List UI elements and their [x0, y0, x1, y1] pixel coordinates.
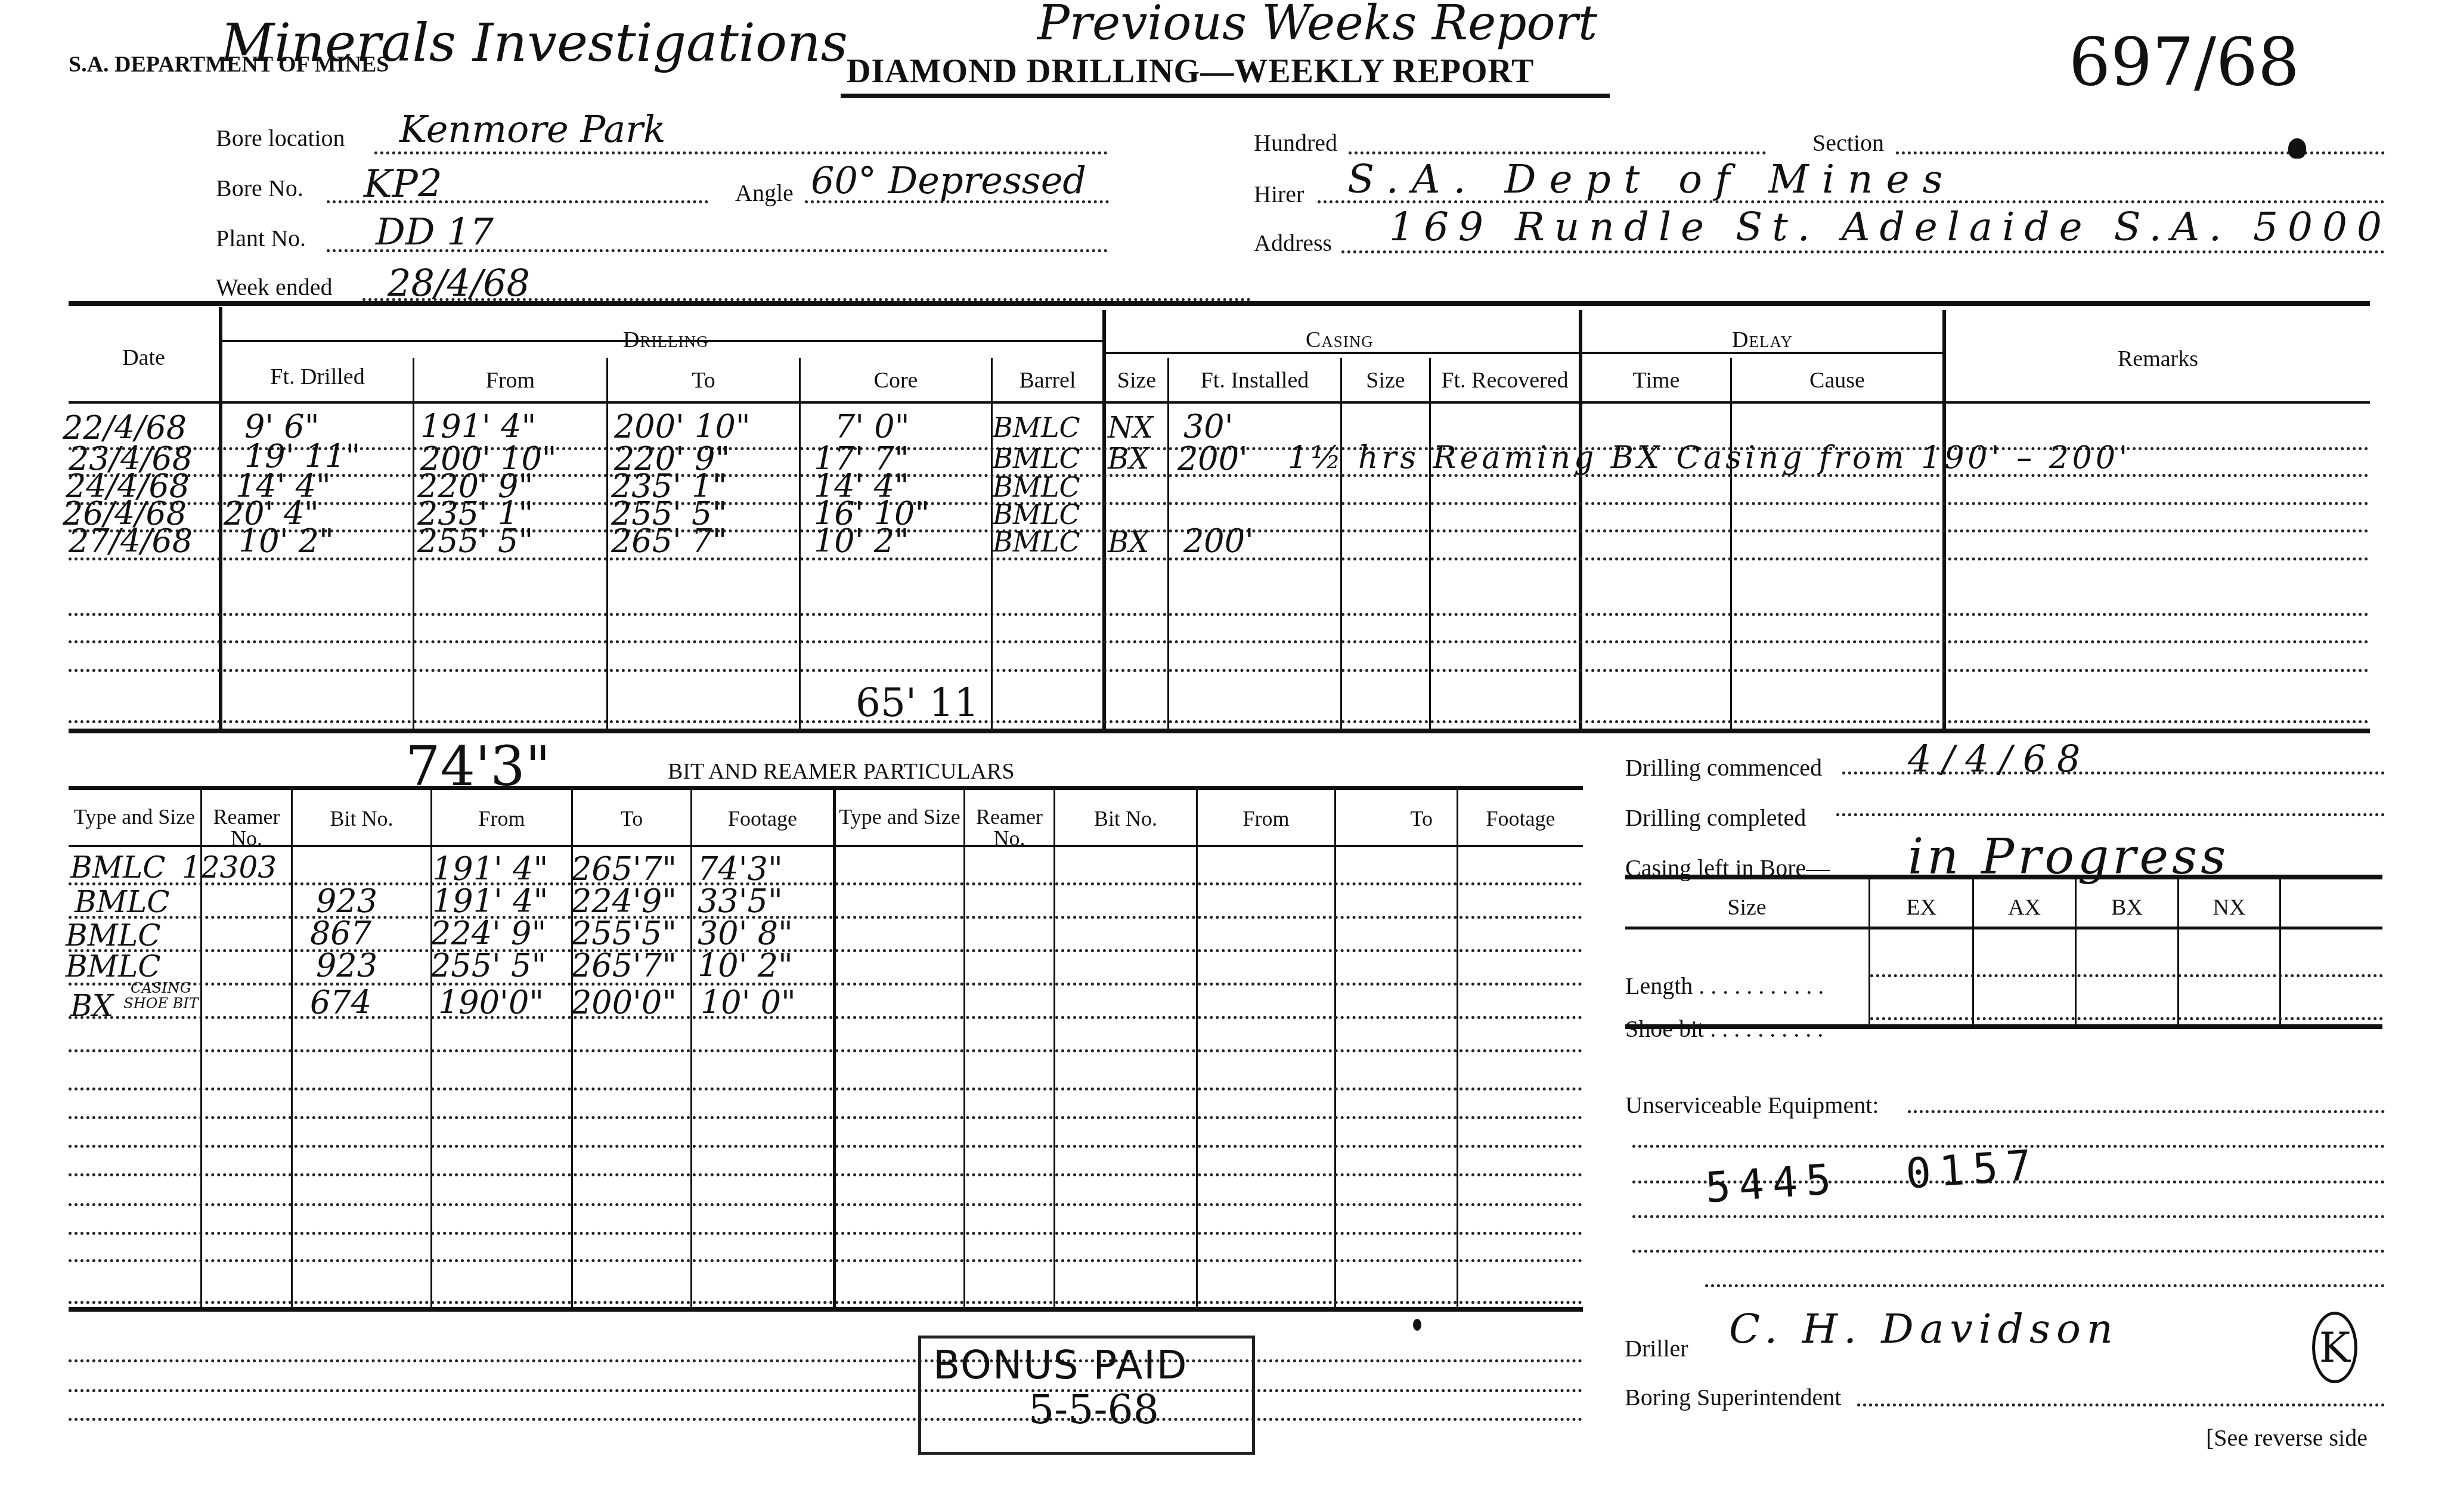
bore-location-label: Bore location	[216, 124, 345, 152]
row-line	[69, 949, 1583, 952]
address-line	[1341, 250, 2385, 253]
bit-row5-type[interactable]: BX	[70, 989, 113, 1023]
annotation-previous-weeks-report: Previous Weeks Report	[1037, 0, 1597, 51]
casing-nx-header: NX	[2179, 894, 2279, 921]
col-divider	[1053, 790, 1055, 1307]
row5-core[interactable]: 10' 2"	[814, 522, 909, 560]
col-divider	[413, 358, 414, 729]
col-divider	[606, 358, 608, 729]
bit-row2-type[interactable]: BMLC	[75, 885, 169, 919]
row-line	[69, 1087, 1583, 1090]
see-reverse-side: [See reverse side	[2206, 1424, 2368, 1452]
bit-header-rule	[69, 845, 1583, 847]
shoe-bit-line	[1870, 1017, 2383, 1020]
col-divider	[963, 790, 965, 1307]
bit-row1-type[interactable]: BMLC	[70, 850, 165, 885]
initials-text: K	[2319, 1323, 2350, 1372]
col-divider	[690, 790, 692, 1307]
driller-label: Driller	[1625, 1334, 1688, 1362]
row-line	[69, 1016, 1583, 1019]
row-line	[69, 1173, 1583, 1176]
casing-size-column-header: Size	[1106, 367, 1167, 394]
casing-bx-header: BX	[2077, 894, 2177, 921]
row-line	[69, 882, 1583, 885]
bit-footage-header: Footage	[692, 806, 833, 831]
casing-ex-header: EX	[1870, 894, 1972, 921]
angle-input[interactable]: 60° Depressed	[811, 159, 1086, 202]
row2-casing-size[interactable]: BX	[1108, 442, 1149, 476]
row-line	[69, 669, 2370, 672]
cause-column-header: Cause	[1732, 367, 1942, 394]
row5-casing-size[interactable]: BX	[1108, 526, 1149, 559]
ink-blot	[2288, 138, 2306, 159]
hundred-line	[1349, 151, 1766, 154]
superintendent-label: Boring Superintendent	[1625, 1383, 1841, 1411]
week-ended-input[interactable]: 28/4/68	[388, 261, 530, 305]
bit-to-header: To	[573, 806, 690, 831]
bit-type-size-header: Type and Size	[69, 806, 200, 828]
col-divider	[1429, 358, 1431, 729]
report-title: DIAMOND DRILLING—WEEKLY REPORT	[847, 52, 1534, 91]
col-divider	[1942, 310, 1946, 729]
bit-footage-header-2: Footage	[1458, 806, 1583, 831]
driller-signature[interactable]: C. H. Davidson	[1729, 1306, 2119, 1353]
bore-location-input[interactable]: Kenmore Park	[399, 107, 666, 151]
plant-no-label: Plant No.	[216, 224, 306, 252]
bore-location-line	[374, 151, 1108, 154]
from-column-header: From	[414, 367, 606, 394]
core-total: 65' 11	[856, 680, 979, 726]
week-ended-label: Week ended	[216, 273, 333, 301]
remarks-column-header: Remarks	[1946, 346, 2370, 372]
row-line	[69, 1359, 1583, 1362]
ft-recovered-column-header: Ft. Recovered	[1431, 367, 1579, 394]
casing-group-header: Casing	[1306, 327, 1374, 353]
row-line	[69, 983, 1583, 986]
date-column-header: Date	[69, 345, 219, 371]
superintendent-line	[1857, 1403, 2385, 1406]
shoe-bit-label: Shoe bit . . . . . . . . . .	[1625, 1015, 1823, 1043]
bit-reamer-no-header-2: Reamer No.	[965, 806, 1053, 849]
bit-no-header: Bit No.	[293, 806, 430, 831]
address-label: Address	[1254, 229, 1332, 257]
col-divider	[1334, 790, 1336, 1307]
casing-length-line	[1870, 974, 2383, 977]
casing-ax-header: AX	[1974, 894, 2075, 921]
time-column-header: Time	[1582, 367, 1730, 394]
drilling-completed-label: Drilling completed	[1625, 804, 1806, 832]
ft-drilled-column-header: Ft. Drilled	[222, 364, 413, 390]
row-line	[69, 1301, 1583, 1304]
column-header-rule	[69, 401, 2370, 404]
casing-table-top-rule	[1625, 875, 2382, 879]
bit-no-header-2: Bit No.	[1055, 806, 1196, 831]
col-divider	[2279, 879, 2281, 1024]
bit-row5-to[interactable]: 200'0"	[571, 984, 677, 1021]
unserviceable-line	[1632, 1215, 2385, 1218]
row-line	[69, 1116, 1583, 1119]
row5-to[interactable]: 265' 7"	[611, 522, 727, 560]
col-divider	[1730, 358, 1732, 729]
row-line	[69, 1418, 1583, 1421]
bit-row1-reamer[interactable]: 12303	[182, 850, 277, 885]
daily-table-top-rule	[69, 301, 2370, 306]
daily-table-bottom-rule	[69, 729, 2370, 733]
row-line	[69, 1232, 1583, 1235]
barrel-column-header: Barrel	[993, 367, 1102, 394]
hirer-label: Hirer	[1254, 180, 1304, 208]
row5-ft-installed[interactable]: 200'	[1183, 522, 1254, 560]
row1-barrel[interactable]: BMLC	[993, 411, 1080, 444]
unserviceable-line	[1908, 1110, 2385, 1113]
row-line	[69, 640, 2370, 643]
bit-from-header: From	[432, 806, 571, 831]
bit-row3-type[interactable]: BMLC	[66, 918, 160, 953]
equipment-number-stamp: 5445 0157	[1704, 1141, 2041, 1213]
bit-table-bottom-rule	[69, 1307, 1583, 1312]
bit-row5-footage[interactable]: 10' 0"	[701, 984, 796, 1021]
bit-type-size-header-2: Type and Size	[836, 806, 963, 828]
row-line	[69, 613, 2370, 616]
stamp-text: BONUS PAID	[933, 1342, 1188, 1388]
drilling-completed-line	[1836, 813, 2385, 816]
row2-barrel[interactable]: BMLC	[993, 442, 1080, 475]
casing-size-header: Size	[1625, 894, 1868, 921]
bore-no-input[interactable]: KP2	[364, 162, 442, 206]
row-line	[69, 502, 2370, 505]
row5-date[interactable]: 27/4/68	[69, 522, 193, 560]
bore-no-label: Bore No.	[216, 174, 303, 202]
drilling-group-header: Drilling	[623, 327, 708, 353]
drilling-commenced-label: Drilling commenced	[1625, 754, 1822, 782]
bit-table-top-rule	[69, 786, 1583, 790]
bit-row5-from[interactable]: 190'0"	[438, 984, 544, 1021]
drilling-commenced-input[interactable]: 4/4/68	[1908, 737, 2091, 780]
col-divider	[1167, 358, 1169, 729]
bit-row4-type[interactable]: BMLC	[66, 949, 160, 984]
row-line	[69, 1259, 1583, 1262]
bit-from-header-2: From	[1198, 806, 1334, 831]
bit-row4-to[interactable]: 265'7"	[571, 947, 677, 984]
col-divider	[1196, 790, 1198, 1307]
ft-installed-column-header: Ft. Installed	[1169, 367, 1340, 394]
plant-no-input[interactable]: DD 17	[376, 210, 494, 253]
bit-row4-bit-no[interactable]: 923	[316, 947, 377, 984]
title-underline	[841, 94, 1610, 98]
row-line	[69, 1389, 1583, 1392]
row2-delay-note[interactable]: 1½ hrs Reaming BX Casing from 190' – 200…	[1288, 440, 2131, 476]
row2-ft-installed[interactable]: 200'	[1177, 440, 1248, 478]
section-line	[1896, 151, 2385, 154]
bit-row4-footage[interactable]: 10' 2"	[698, 947, 793, 984]
row1-casing-size[interactable]: NX	[1108, 411, 1153, 445]
row5-barrel[interactable]: BMLC	[993, 526, 1080, 558]
row-line	[69, 1145, 1583, 1148]
row5-ft-drilled[interactable]: 10' 2"	[238, 522, 334, 560]
delay-group-header: Delay	[1732, 327, 1793, 353]
col-divider	[1340, 358, 1342, 729]
recovered-size-column-header: Size	[1342, 367, 1429, 394]
col-divider	[799, 358, 801, 729]
casing-table-header-rule	[1625, 927, 2382, 929]
col-divider	[1457, 790, 1458, 1307]
hundred-label: Hundred	[1254, 129, 1337, 157]
row5-from[interactable]: 255' 5"	[417, 522, 533, 560]
section-label: Section	[1812, 129, 1884, 157]
unserviceable-label: Unserviceable Equipment:	[1625, 1091, 1879, 1119]
bonus-paid-stamp: BONUS PAID 5-5-68	[918, 1336, 1255, 1455]
bit-row4-from[interactable]: 255' 5"	[430, 947, 546, 984]
row-line	[69, 1049, 1583, 1052]
ink-dot	[1413, 1319, 1421, 1331]
driller-line	[1705, 1284, 2385, 1287]
row-line	[69, 1203, 1583, 1206]
address-input[interactable]: 169 Rundle St. Adelaide S.A. 5000	[1389, 204, 2391, 250]
hirer-input[interactable]: S.A. Dept of Mines	[1347, 156, 1956, 202]
superintendent-initials[interactable]: K	[2312, 1312, 2357, 1383]
core-column-header: Core	[801, 367, 991, 394]
stamp-date: 5-5-68	[1028, 1386, 1159, 1433]
bit-row5-bit-no[interactable]: 674	[310, 984, 371, 1021]
casing-length-label: Length . . . . . . . . . . .	[1625, 972, 1824, 1000]
bit-to-header-2: To	[1336, 806, 1457, 831]
bit-section-title: BIT AND REAMER PARTICULARS	[668, 758, 1015, 785]
col-divider	[291, 790, 293, 1307]
bit-reamer-no-header: Reamer No.	[202, 806, 291, 849]
row-line	[69, 720, 2370, 723]
bit-row5-type-note: CASING SHOE BIT	[110, 980, 212, 1011]
col-divider	[833, 790, 836, 1307]
unserviceable-line	[1632, 1250, 2385, 1253]
angle-label: Angle	[735, 179, 794, 207]
annotation-minerals-investigations: Minerals Investigations	[221, 12, 848, 73]
row-line	[69, 916, 1583, 919]
to-column-header: To	[608, 367, 799, 394]
file-number: 697/68	[2069, 24, 2300, 100]
